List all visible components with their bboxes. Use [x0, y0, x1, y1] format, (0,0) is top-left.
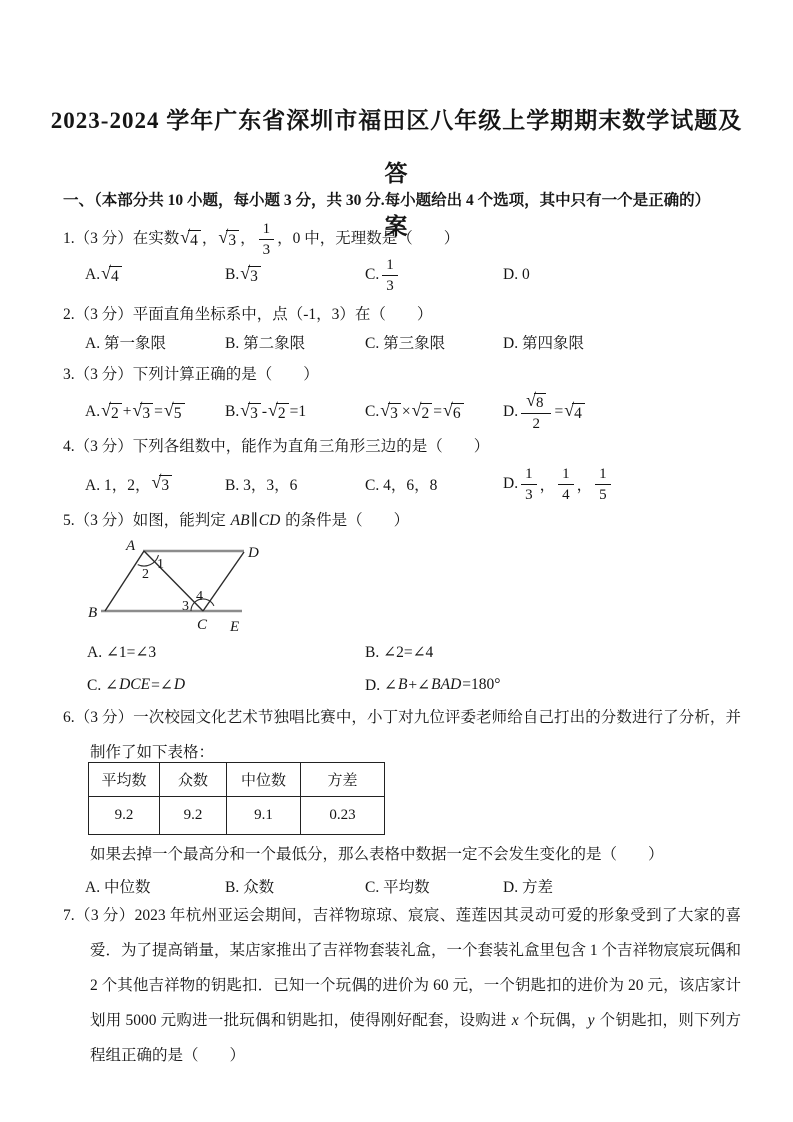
question-2-option-a: A. 第一象限: [85, 328, 166, 356]
question-4-options: A. 1，2，√3 B. 3，3，6 C. 4，6，8 D. 13，14，15: [63, 460, 741, 508]
question-2-options: A. 第一象限 B. 第二象限 C. 第三象限 D. 第四象限: [63, 328, 741, 356]
exam-document-page: 2023-2024 学年广东省深圳市福田区八年级上学期期末数学试题及答 案 一、…: [0, 0, 793, 1122]
sqrt-expression: √3: [151, 474, 172, 494]
fraction-expression: 13: [382, 256, 398, 295]
question-6-stem: 6.（3 分）一次校园文化艺术节独唱比赛中，小丁对九位评委老师给自己打出的分数进…: [63, 700, 741, 770]
sqrt-expression: √2: [268, 402, 289, 422]
question-6-option-c: C. 平均数: [365, 872, 430, 900]
question-4-option-d: D. 13，14，15: [503, 460, 614, 508]
sqrt-expression: √8: [526, 392, 546, 412]
table-value-variance: 0.23: [301, 797, 385, 835]
fraction-expression: 13: [521, 465, 537, 504]
question-4-stem: 4.（3 分）下列各组数中，能作为直角三角形三边的是（ ）: [63, 434, 741, 460]
question-3-options: A. √2+√3=√5 B. √3-√2=1 C. √3×√2=√6 D. √8…: [63, 388, 741, 436]
question-3-option-a: A. √2+√3=√5: [85, 388, 186, 436]
sqrt-expression: √3: [132, 402, 153, 422]
question-1-option-a: A. √4: [85, 254, 123, 296]
question-5-option-a: A. ∠1=∠3: [87, 638, 156, 666]
sqrt-expression: √3: [218, 229, 239, 249]
question-6-options: A. 中位数 B. 众数 C. 平均数 D. 方差: [63, 872, 741, 900]
table-header-variance: 方差: [301, 763, 385, 797]
figure-angle-label-1: 1: [157, 557, 164, 572]
fraction-expression: 14: [558, 465, 574, 504]
score-statistics-table: 平均数 众数 中位数 方差 9.2 9.2 9.1 0.23: [88, 762, 385, 835]
figure-vertex-label-d: D: [247, 545, 259, 561]
question-1-options: A. √4 B. √3 C. 13 D. 0: [63, 254, 741, 296]
question-5-option-b: B. ∠2=∠4: [365, 638, 433, 666]
table-value-mean: 9.2: [89, 797, 160, 835]
table-header-mode: 众数: [160, 763, 227, 797]
sqrt-expression: √6: [443, 402, 464, 422]
sqrt-expression: √2: [101, 402, 122, 422]
question-4-option-a: A. 1，2，√3: [85, 460, 173, 508]
question-2-option-c: C. 第三象限: [365, 328, 445, 356]
question-4-option-b: B. 3，3，6: [225, 460, 297, 508]
fraction-expression: √82: [521, 392, 551, 433]
question-2-option-b: B. 第二象限: [225, 328, 305, 356]
figure-vertex-label-c: C: [197, 617, 208, 633]
figure-angle-label-3: 3: [182, 599, 189, 614]
question-6-stem-continued: 如果去掉一个最高分和一个最低分，那么表格中数据一定不会发生变化的是（ ）: [90, 842, 740, 868]
question-5-option-c: C. ∠DCE=∠D: [87, 671, 186, 699]
sqrt-expression: √4: [564, 402, 585, 422]
question-3-option-d: D. √82=√4: [503, 388, 586, 436]
figure-line-ac: [144, 551, 203, 611]
sqrt-expression: √5: [164, 402, 185, 422]
question-5-options-row1: A. ∠1=∠3 B. ∠2=∠4: [63, 638, 741, 666]
fraction-expression: 15: [595, 465, 611, 504]
question-7-stem: 7.（3 分）2023 年杭州亚运会期间，吉祥物琼琼、宸宸、莲莲因其灵动可爱的形…: [63, 898, 741, 1073]
table-value-row: 9.2 9.2 9.1 0.23: [89, 797, 385, 835]
question-1-option-b: B. √3: [225, 254, 262, 296]
question-5-options-row2: C. ∠DCE=∠D D. ∠B+∠BAD=180°: [63, 671, 741, 699]
sqrt-expression: √3: [240, 265, 261, 285]
table-header-mean: 平均数: [89, 763, 160, 797]
table-header-row: 平均数 众数 中位数 方差: [89, 763, 385, 797]
question-5-option-d: D. ∠B+∠BAD=180°: [365, 671, 500, 699]
question-5-stem: 5.（3 分）如图，能判定 AB∥CD 的条件是（ ）: [63, 508, 741, 534]
parallel-lines-geometry-figure: A D B C E 1 2 3 4: [85, 537, 280, 633]
figure-angle-label-4: 4: [196, 589, 203, 604]
figure-vertex-label-a: A: [125, 538, 136, 554]
figure-vertex-label-b: B: [88, 605, 97, 621]
figure-vertex-label-e: E: [229, 619, 239, 633]
question-6-option-b: B. 众数: [225, 872, 274, 900]
question-6-option-a: A. 中位数: [85, 872, 150, 900]
figure-line-ba: [105, 551, 144, 611]
sqrt-expression: √2: [412, 402, 433, 422]
question-1-option-d: D. 0: [503, 254, 530, 296]
table-value-mode: 9.2: [160, 797, 227, 835]
figure-angle-label-2: 2: [142, 567, 149, 582]
question-3-stem: 3.（3 分）下列计算正确的是（ ）: [63, 362, 741, 388]
table-header-median: 中位数: [227, 763, 301, 797]
question-6-option-d: D. 方差: [503, 872, 553, 900]
sqrt-expression: √3: [240, 402, 261, 422]
question-4-option-c: C. 4，6，8: [365, 460, 437, 508]
sqrt-expression: √4: [101, 265, 122, 285]
question-3-option-b: B. √3-√2=1: [225, 388, 306, 436]
page-title-line1: 2023-2024 学年广东省深圳市福田区八年级上学期期末数学试题及答: [40, 94, 753, 200]
question-2-option-d: D. 第四象限: [503, 328, 584, 356]
question-2-stem: 2.（3 分）平面直角坐标系中，点（-1，3）在（ ）: [63, 302, 741, 328]
section-heading: 一、（本部分共 10 小题，每小题 3 分，共 30 分.每小题给出 4 个选项…: [63, 188, 741, 214]
table-value-median: 9.1: [227, 797, 301, 835]
sqrt-expression: √4: [180, 229, 201, 249]
figure-line-cd: [203, 552, 244, 611]
fraction-expression: 13: [259, 220, 275, 259]
question-1-option-c: C. 13: [365, 254, 401, 296]
question-3-option-c: C. √3×√2=√6: [365, 388, 465, 436]
sqrt-expression: √3: [380, 402, 401, 422]
